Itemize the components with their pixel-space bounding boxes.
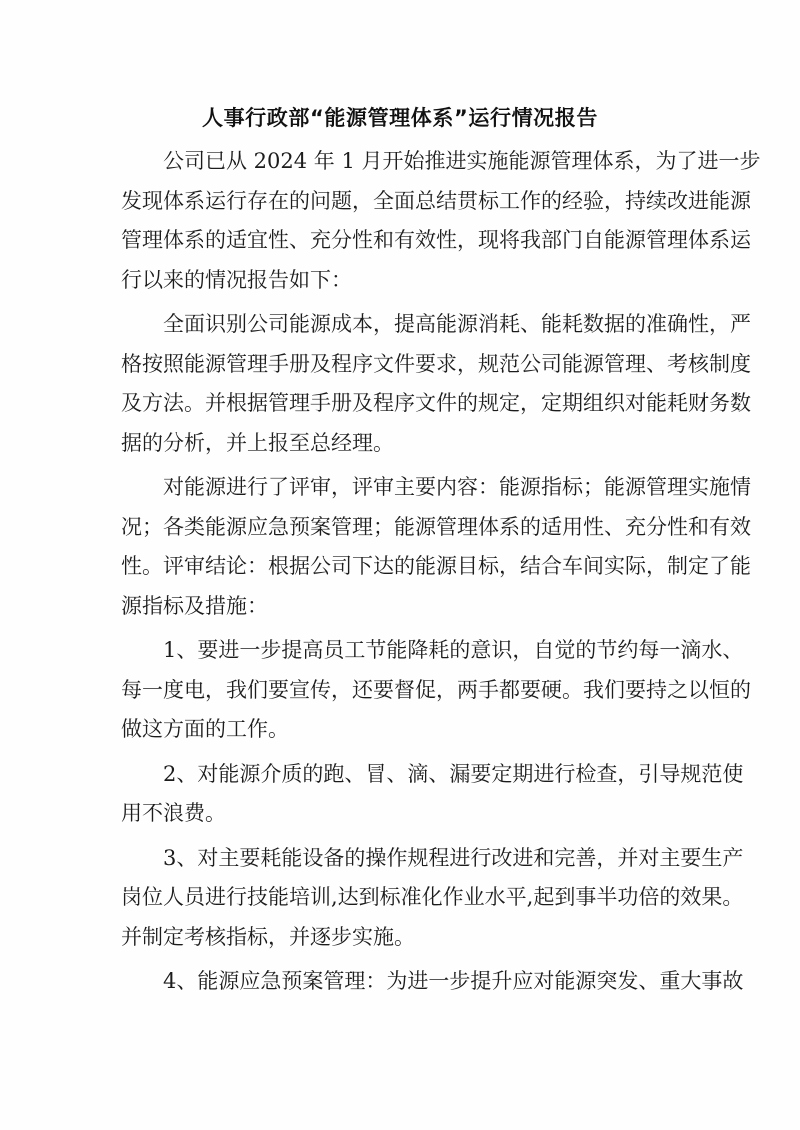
paragraph-line: 管理体系的适宜性、充分性和有效性，现将我部门自能源管理体系运 [121, 222, 681, 262]
list-item-4: 4、能源应急预案管理：为进一步提升应对能源突发、重大事故 [121, 963, 681, 1003]
document-page: 人事行政部“能源管理体系”运行情况报告 公司已从 2024 年 1 月开始推进实… [0, 0, 800, 1130]
paragraph-line: 公司已从 2024 年 1 月开始推进实施能源管理体系，为了进一步 [121, 143, 681, 183]
paragraph-line: 并制定考核指标，并逐步实施。 [121, 919, 681, 959]
paragraph-review: 对能源进行了评审，评审主要内容：能源指标；能源管理实施情 况；各类能源应急预案管… [121, 469, 681, 627]
list-item-3: 3、对主要耗能设备的操作规程进行改进和完善，并对主要生产 岗位人员进行技能培训,… [121, 840, 681, 959]
paragraph-line: 对能源进行了评审，评审主要内容：能源指标；能源管理实施情 [121, 469, 681, 509]
paragraph-line: 行以来的情况报告如下： [121, 262, 681, 302]
paragraph-line: 性。评审结论：根据公司下达的能源目标，结合车间实际，制定了能 [121, 548, 681, 588]
document-body: 公司已从 2024 年 1 月开始推进实施能源管理体系，为了进一步 发现体系运行… [121, 143, 681, 1003]
paragraph-line: 发现体系运行存在的问题，全面总结贯标工作的经验，持续改进能源 [121, 183, 681, 223]
paragraph-line: 4、能源应急预案管理：为进一步提升应对能源突发、重大事故 [121, 963, 681, 1003]
paragraph-line: 做这方面的工作。 [121, 711, 681, 751]
paragraph-intro: 公司已从 2024 年 1 月开始推进实施能源管理体系，为了进一步 发现体系运行… [121, 143, 681, 301]
paragraph-line: 况；各类能源应急预案管理；能源管理体系的适用性、充分性和有效 [121, 509, 681, 549]
paragraph-line: 格按照能源管理手册及程序文件要求，规范公司能源管理、考核制度 [121, 346, 681, 386]
paragraph-line: 及方法。并根据管理手册及程序文件的规定，定期组织对能耗财务数 [121, 385, 681, 425]
paragraph-line: 源指标及措施： [121, 588, 681, 628]
document-title: 人事行政部“能源管理体系”运行情况报告 [0, 103, 800, 133]
list-item-2: 2、对能源介质的跑、冒、滴、漏要定期进行检查，引导规范使 用不浪费。 [121, 756, 681, 835]
list-item-1: 1、要进一步提高员工节能降耗的意识，自觉的节约每一滴水、 每一度电，我们要宣传，… [121, 632, 681, 751]
paragraph-line: 岗位人员进行技能培训,达到标准化作业水平,起到事半功倍的效果。 [121, 879, 681, 919]
paragraph-line: 全面识别公司能源成本，提高能源消耗、能耗数据的准确性，严 [121, 306, 681, 346]
paragraph-cost-identification: 全面识别公司能源成本，提高能源消耗、能耗数据的准确性，严 格按照能源管理手册及程… [121, 306, 681, 464]
paragraph-line: 据的分析，并上报至总经理。 [121, 425, 681, 465]
paragraph-line: 用不浪费。 [121, 795, 681, 835]
paragraph-line: 3、对主要耗能设备的操作规程进行改进和完善，并对主要生产 [121, 840, 681, 880]
paragraph-line: 1、要进一步提高员工节能降耗的意识，自觉的节约每一滴水、 [121, 632, 681, 672]
paragraph-line: 每一度电，我们要宣传，还要督促，两手都要硬。我们要持之以恒的 [121, 672, 681, 712]
paragraph-line: 2、对能源介质的跑、冒、滴、漏要定期进行检查，引导规范使 [121, 756, 681, 796]
